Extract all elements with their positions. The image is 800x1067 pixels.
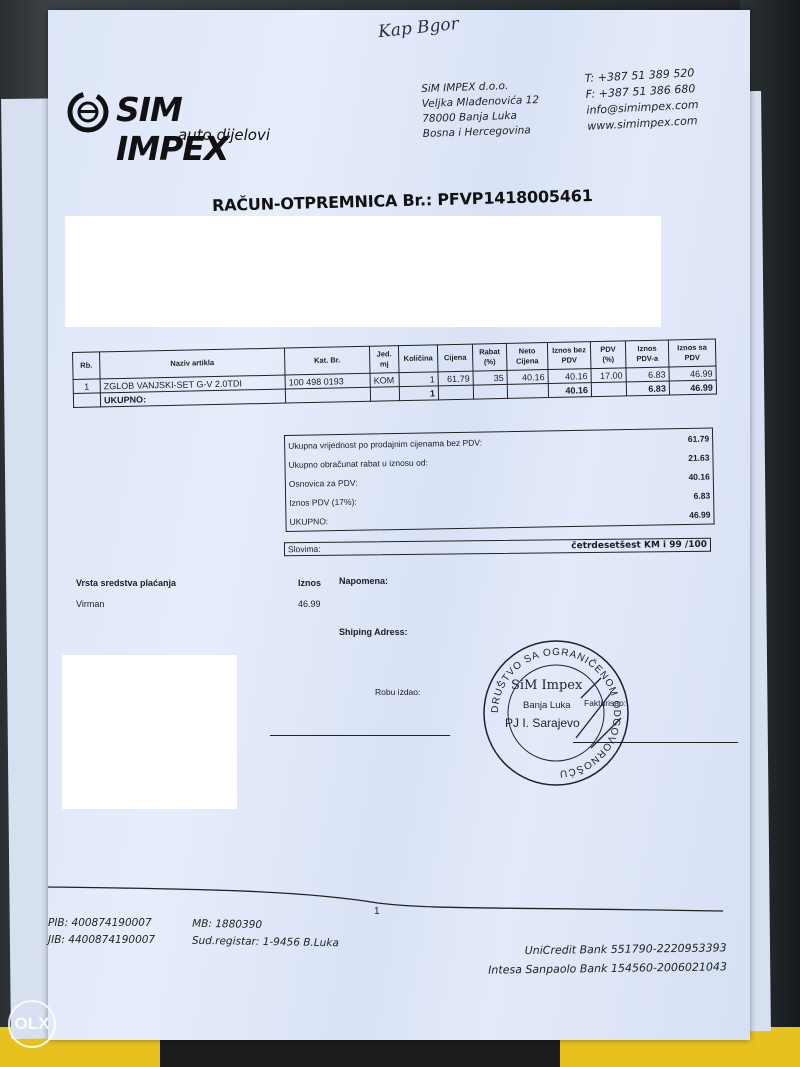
total-cell-rabat: [473, 384, 507, 399]
footer-tax-ids: PIB: 400874190007 JIB: 4400874190007: [48, 915, 155, 949]
cell-iznos-sa-pdv: 46.99: [669, 366, 716, 381]
company-address: SiM IMPEX d.o.o. Veljka Mlađenovića 12 7…: [421, 78, 540, 142]
total-kolicina: 1: [399, 386, 438, 401]
cell-iznos-bez-pdv: 40.16: [548, 369, 591, 384]
stamp-ring-text: DRUŠTVO SA OGRANIČENOM ODGOVORNOŠĆU: [490, 647, 622, 780]
document-title: RAČUN-OTPREMNICA Br.: PFVP1418005461: [212, 186, 593, 215]
summary-label: UKUPNO:: [289, 516, 328, 527]
court-registry: Sud.registar: 1-9456 B.Luka: [192, 933, 339, 953]
cell-neto-cijena: 40.16: [507, 370, 548, 385]
redacted-customer-block: [65, 216, 661, 327]
fakturisao-label: Fakturisao:: [584, 698, 626, 708]
stamp-city: Banja Luka: [523, 700, 571, 711]
total-cell-kat-br: [285, 387, 370, 403]
col-kolicina: Količina: [398, 345, 438, 373]
col-rb: Rb.: [73, 352, 101, 380]
summary-label: Osnovica za PDV:: [289, 477, 358, 488]
summary-box: Ukupna vrijednost po prodajnim cijenama …: [284, 428, 715, 532]
bank-intesa: Intesa Sanpaolo Bank 154560-2006021043: [488, 957, 727, 979]
total-iznos-bez-pdv: 40.16: [548, 383, 591, 398]
redacted-block: [62, 655, 237, 809]
cell-cijena: 61.79: [438, 371, 473, 386]
col-iznos-bez-pdv: Iznos bez PDV: [547, 342, 591, 370]
col-naziv: Naziv artikla: [100, 348, 286, 379]
steering-wheel-logo-icon: [66, 90, 110, 134]
shipping-address-label: Shiping Adress:: [339, 627, 408, 637]
total-cell-jed-mj: [370, 387, 399, 402]
col-iznos-pdv: Iznos PDV-a: [625, 340, 669, 368]
col-neto-cijena: Neto Cijena: [506, 343, 548, 371]
col-pdv: PDV (%): [590, 341, 626, 369]
summary-label: Ukupno obračunat rabat u iznosu od:: [288, 457, 428, 469]
cell-rb: 1: [73, 379, 100, 394]
payment-amount-header: Iznos: [298, 578, 321, 588]
col-rabat: Rabat (%): [472, 343, 507, 371]
logo-subtitle: auto dijelovi: [178, 126, 270, 144]
total-cell-neto: [507, 384, 548, 399]
cell-kolicina: 1: [399, 372, 438, 387]
company-stamp-icon: DRUŠTVO SA OGRANIČENOM ODGOVORNOŠĆU: [481, 638, 631, 788]
total-iznos-pdv: 6.83: [626, 381, 669, 396]
summary-label: Iznos PDV (17%):: [289, 496, 357, 507]
slovima-label: Slovima:: [288, 544, 321, 554]
napomena-label: Napomena:: [339, 576, 388, 586]
payment-method: Virman: [76, 599, 104, 609]
summary-value: 6.83: [693, 490, 710, 500]
footer-registry: MB: 1880390 Sud.registar: 1-9456 B.Luka: [192, 916, 340, 953]
total-iznos-sa-pdv: 46.99: [669, 380, 716, 395]
jib: JIB: 4400874190007: [48, 932, 155, 949]
col-kat-br: Kat. Br.: [284, 346, 370, 375]
stamp-unit: PJ I. Sarajevo: [505, 716, 580, 730]
footer-banks: UniCredit Bank 551790-2220953393 Intesa …: [488, 938, 727, 979]
summary-value: 21.63: [688, 452, 709, 462]
invoice-paper: Kap Bgor SIM IMPEX auto dijelovi SiM IMP…: [48, 10, 750, 1040]
cell-iznos-pdv: 6.83: [626, 367, 669, 382]
address-line: Bosna i Hercegovina: [423, 123, 541, 142]
summary-value: 40.16: [688, 471, 709, 481]
total-cell-rb: [73, 393, 100, 408]
payment-method-header: Vrsta sredstva plaćanja: [76, 578, 176, 588]
col-cijena: Cijena: [437, 344, 473, 372]
total-label: UKUPNO:: [100, 389, 285, 407]
olx-watermark-icon: OLX: [8, 1000, 56, 1048]
items-table: Rb. Naziv artikla Kat. Br. Jed. mj Količ…: [72, 339, 717, 408]
total-cell-cijena: [438, 385, 473, 400]
company-logo: SIM IMPEX auto dijelovi: [66, 90, 276, 152]
background-dark-strip: [160, 1039, 560, 1067]
summary-value: 46.99: [689, 509, 710, 519]
signature-line-issued: [270, 735, 450, 736]
pib: PIB: 400874190007: [48, 915, 155, 932]
col-iznos-sa-pdv: Iznos sa PDV: [668, 339, 716, 367]
stamp-company-name: SiM Impex: [511, 678, 582, 693]
total-cell-pdv: [591, 382, 626, 397]
robu-izdao-label: Robu izdao:: [375, 687, 420, 697]
payment-amount: 46.99: [298, 599, 321, 609]
amount-in-words: Slovima: četrdesetšest KM i 99 /100: [284, 538, 711, 556]
company-contact: T: +387 51 389 520 F: +387 51 386 680 in…: [584, 65, 699, 135]
cell-rabat: 35: [473, 370, 507, 385]
col-jed-mj: Jed. mj: [369, 346, 399, 374]
page-number: 1: [374, 906, 380, 917]
cell-jed-mj: KOM: [370, 373, 399, 388]
summary-label: Ukupna vrijednost po prodajnim cijenama …: [288, 437, 482, 450]
summary-value: 61.79: [688, 433, 709, 443]
handwritten-note: Kap Bgor: [377, 14, 460, 42]
svg-text:DRUŠTVO SA OGRANIČENOM ODGOVOR: DRUŠTVO SA OGRANIČENOM ODGOVORNOŠĆU: [490, 647, 622, 780]
cell-pdv: 17.00: [591, 368, 626, 383]
slovima-value: četrdesetšest KM i 99 /100: [571, 540, 707, 551]
